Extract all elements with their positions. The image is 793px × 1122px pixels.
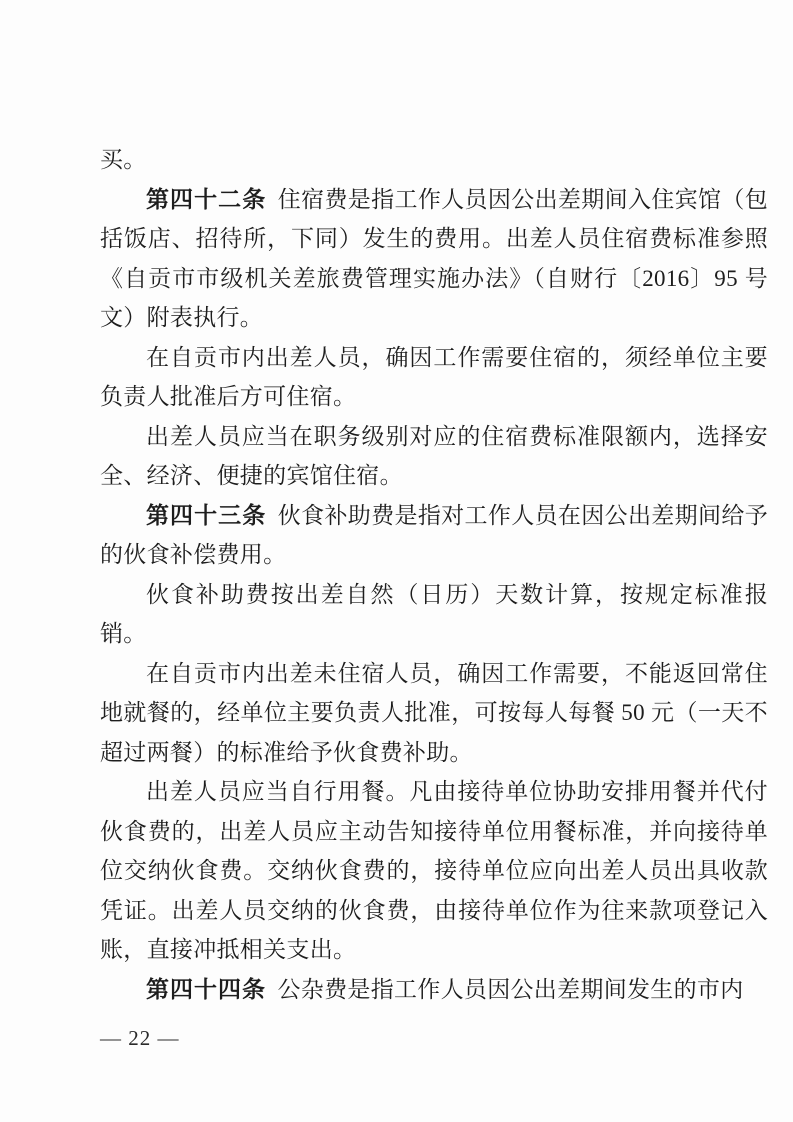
paragraph: 出差人员应当在职务级别对应的住宿费标准限额内，选择安全、经济、便捷的宾馆住宿。 [100, 417, 768, 496]
paragraph: 在自贡市内出差人员，确因工作需要住宿的，须经单位主要负责人批准后方可住宿。 [100, 338, 768, 417]
paragraph-continuation: 买。 [100, 140, 768, 180]
article-heading: 第四十二条 [146, 187, 266, 212]
paragraph-text: 在自贡市内出差未住宿人员，确因工作需要，不能返回常住地就餐的，经单位主要负责人批… [100, 661, 768, 765]
paragraph-text: 在自贡市内出差人员，确因工作需要住宿的，须经单位主要负责人批准后方可住宿。 [100, 345, 768, 410]
paragraph-text: 伙食补助费按出差自然（日历）天数计算，按规定标准报销。 [100, 582, 768, 647]
paragraph-text: 出差人员应当在职务级别对应的住宿费标准限额内，选择安全、经济、便捷的宾馆住宿。 [100, 424, 768, 489]
paragraph-article-42: 第四十二条住宿费是指工作人员因公出差期间入住宾馆（包括饭店、招待所，下同）发生的… [100, 180, 768, 338]
paragraph-text: 买。 [100, 147, 147, 172]
page-number: — 22 — [100, 1026, 180, 1051]
paragraph-article-43: 第四十三条伙食补助费是指对工作人员在因公出差期间给予的伙食补偿费用。 [100, 496, 768, 575]
paragraph: 在自贡市内出差未住宿人员，确因工作需要，不能返回常住地就餐的，经单位主要负责人批… [100, 654, 768, 773]
paragraph-text: 公杂费是指工作人员因公出差期间发生的市内 [278, 977, 744, 1002]
article-heading: 第四十四条 [146, 977, 266, 1002]
paragraph: 伙食补助费按出差自然（日历）天数计算，按规定标准报销。 [100, 575, 768, 654]
paragraph-article-44: 第四十四条公杂费是指工作人员因公出差期间发生的市内 [100, 970, 768, 1010]
paragraph-text: 出差人员应当自行用餐。凡由接待单位协助安排用餐并代付伙食费的，出差人员应主动告知… [100, 779, 768, 962]
document-page: 买。 第四十二条住宿费是指工作人员因公出差期间入住宾馆（包括饭店、招待所，下同）… [0, 0, 793, 1122]
article-heading: 第四十三条 [146, 503, 266, 528]
document-body: 买。 第四十二条住宿费是指工作人员因公出差期间入住宾馆（包括饭店、招待所，下同）… [100, 140, 768, 1009]
paragraph: 出差人员应当自行用餐。凡由接待单位协助安排用餐并代付伙食费的，出差人员应主动告知… [100, 772, 768, 970]
